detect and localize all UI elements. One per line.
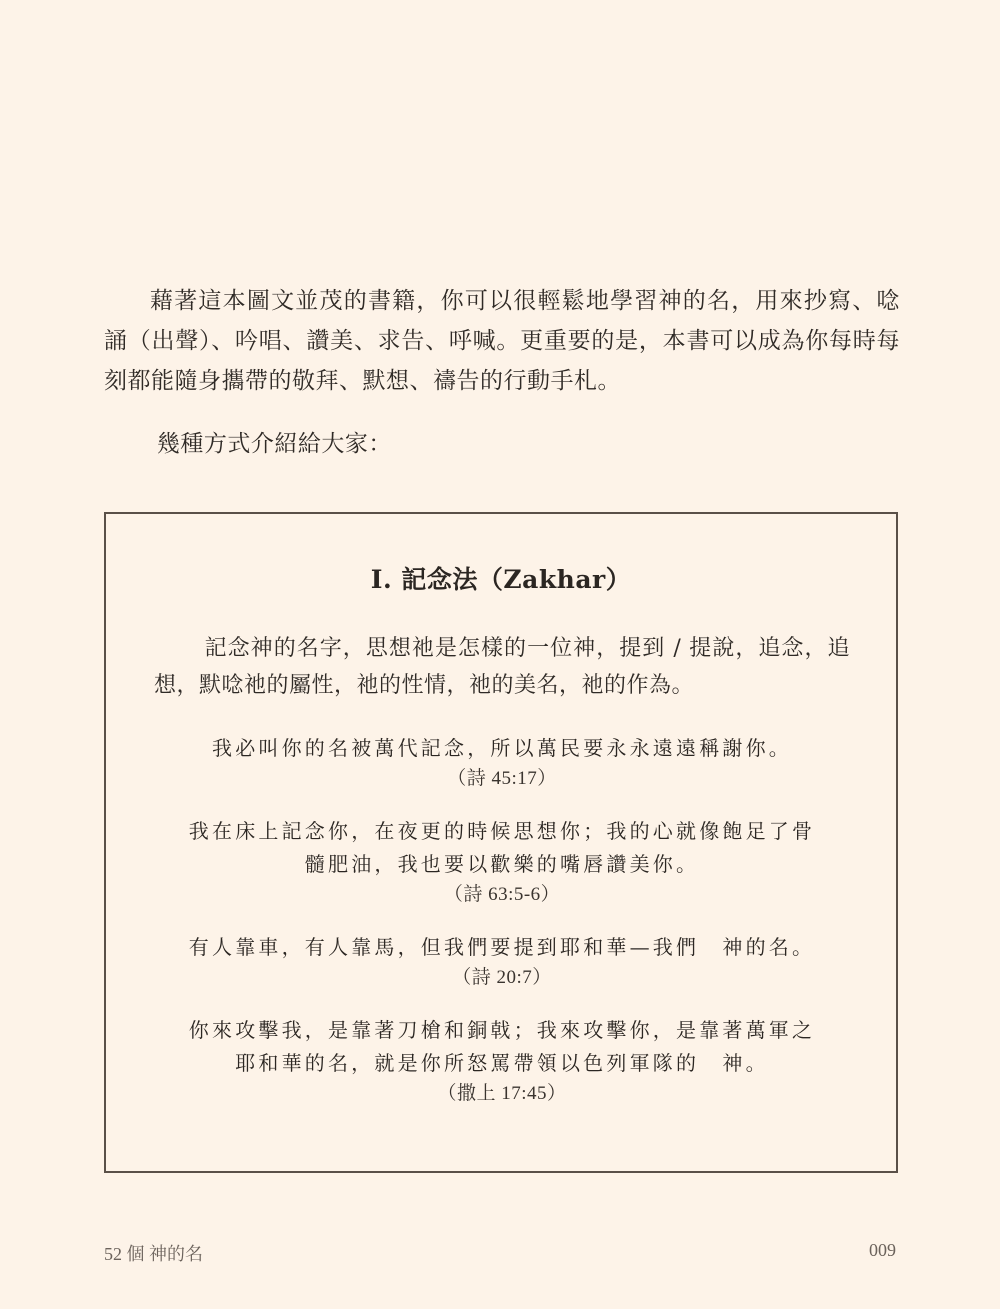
verse-list: 我必叫你的名被萬代記念，所以萬民要永永遠遠稱謝你。 （詩 45:17） 我在床上…: [146, 732, 858, 1130]
verse-reference: （詩 63:5-6）: [146, 881, 858, 909]
method-title: I. 記念法（Zakhar）: [106, 560, 896, 596]
intro-section: 藉著這本圖文並茂的書籍，你可以很輕鬆地學習神的名，用來抄寫、唸誦（出聲）、吟唱、…: [104, 281, 900, 464]
verse-text: 髓肥油，我也要以歡樂的嘴唇讚美你。: [146, 848, 858, 881]
page-footer: 52 個 神的名 009: [104, 1240, 896, 1266]
verse-reference: （撒上 17:45）: [146, 1080, 858, 1108]
method-box-zakhar: I. 記念法（Zakhar） 記念神的名字，思想祂是怎樣的一位神，提到 / 提說…: [104, 512, 898, 1173]
verse-item: 我必叫你的名被萬代記念，所以萬民要永永遠遠稱謝你。 （詩 45:17）: [146, 732, 858, 793]
verse-item: 有人靠車，有人靠馬，但我們要提到耶和華—我們 神的名。 （詩 20:7）: [146, 931, 858, 992]
verse-text: 耶和華的名，就是你所怒罵帶領以色列軍隊的 神。: [146, 1047, 858, 1080]
verse-reference: （詩 20:7）: [146, 964, 858, 992]
methods-lead: 幾種方式介紹給大家：: [104, 424, 900, 464]
verse-text: 我必叫你的名被萬代記念，所以萬民要永永遠遠稱謝你。: [146, 732, 858, 765]
book-title: 52 個 神的名: [104, 1240, 203, 1266]
verse-item: 你來攻擊我，是靠著刀槍和銅戟；我來攻擊你，是靠著萬軍之 耶和華的名，就是你所怒罵…: [146, 1014, 858, 1108]
verse-reference: （詩 45:17）: [146, 765, 858, 793]
page-number: 009: [869, 1240, 896, 1266]
intro-paragraph: 藉著這本圖文並茂的書籍，你可以很輕鬆地學習神的名，用來抄寫、唸誦（出聲）、吟唱、…: [104, 281, 900, 401]
verse-item: 我在床上記念你，在夜更的時候思想你；我的心就像飽足了骨 髓肥油，我也要以歡樂的嘴…: [146, 815, 858, 909]
method-description: 記念神的名字，思想祂是怎樣的一位神，提到 / 提說，追念，追想，默唸祂的屬性，祂…: [154, 630, 850, 704]
verse-text: 我在床上記念你，在夜更的時候思想你；我的心就像飽足了骨: [146, 815, 858, 848]
verse-text: 你來攻擊我，是靠著刀槍和銅戟；我來攻擊你，是靠著萬軍之: [146, 1014, 858, 1047]
verse-text: 有人靠車，有人靠馬，但我們要提到耶和華—我們 神的名。: [146, 931, 858, 964]
method-description-text: 記念神的名字，思想祂是怎樣的一位神，提到 / 提說，追念，追想，默唸祂的屬性，祂…: [154, 630, 850, 704]
